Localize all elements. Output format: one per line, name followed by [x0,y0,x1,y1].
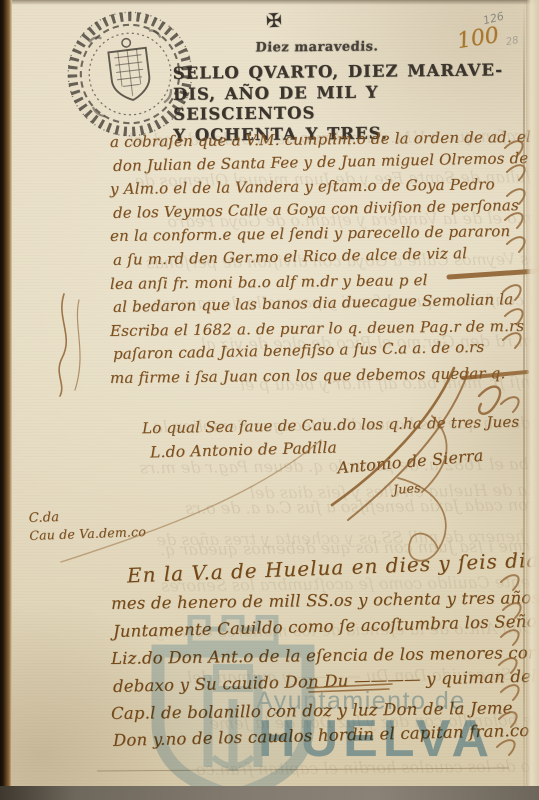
stamp-heading-line1: SELLO QVARTO, DIEZ MARAVE- [173,60,513,84]
folio-number-extra: 28 [505,35,519,48]
manuscript-page: a cobraſen que a V.M. cumplim.o de la or… [9,0,539,787]
margin-note-line1: C.da [28,507,145,526]
signature-right: Antonio de Sierra [336,446,484,478]
book-binding-edge [0,0,12,800]
document-scan: a cobraſen que a V.M. cumplim.o de la or… [0,0,539,800]
closing-line: Lo qual Sea ſaue de Cau.do los q.ha de t… [142,413,520,438]
folio-number-ink: 100 [455,23,500,54]
signature-right-title: Jues [393,480,422,497]
cross-patee-icon: ✠ [265,10,282,33]
royal-tax-seal-icon [53,0,207,150]
manuscript-paragraph-2: En la V.a de Huelua en dies y ſeis dias … [113,563,539,755]
manuscript-line: En la V.a de Huelua en dies y ſeis dias … [126,546,539,590]
tax-value-gothic-text: Diez maravedis. [252,39,383,55]
margin-note: C.da Cau de Va.dem.co [28,507,146,543]
stamp-heading-line2: DIS, AÑO DE MIL Y SEISCIENTOS [173,81,513,126]
manuscript-line: ma firme i ſsa Juan con los que debemos … [110,362,539,391]
pen-rule-line [97,768,509,772]
manuscript-paragraph-1: a cobraſen que a V.M. cumplim.o de la or… [110,131,539,391]
scan-bottom-edge [0,786,539,800]
signature-left: L.do Antonio de Padilla [150,439,337,462]
page-top-shadow [9,0,539,5]
page-fold-line [523,0,525,787]
margin-note-line2: Cau de Va.dem.co [29,524,146,543]
page-right-edge [526,0,539,787]
